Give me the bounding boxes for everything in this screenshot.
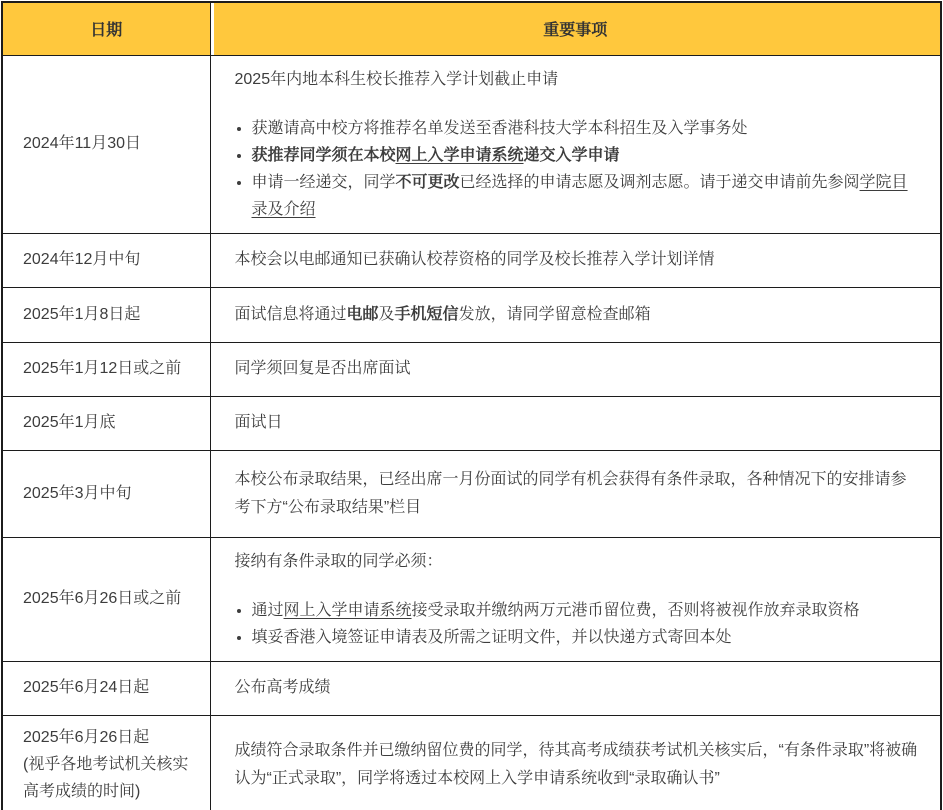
row-text: 面试日 — [235, 414, 283, 431]
content-cell: 成绩符合录取条件并已缴纳留位费的同学，待其高考成绩获考试机关核实后，“有条件录取… — [210, 715, 941, 810]
bullet-text-bold: 不可更改 — [396, 174, 460, 191]
date-note: (视乎各地考试机关核实高考成绩的时间) — [23, 751, 200, 805]
date-cell: 2025年1月8日起 — [2, 287, 210, 342]
table-row: 2025年6月26日或之前 接纳有条件录取的同学必须： 通过网上入学申请系统接受… — [2, 537, 941, 661]
row-text: 同学须回复是否出席面试 — [235, 360, 411, 377]
bullet-text: 申请一经递交，同学 — [252, 174, 396, 191]
content-cell: 同学须回复是否出席面试 — [210, 342, 941, 396]
row-text-bold: 电邮 — [347, 306, 379, 323]
bullet-text: 接受录取并缴纳两万元港币留位费，否则将被视作放弃录取资格 — [412, 602, 860, 619]
bullet-list: 通过网上入学申请系统接受录取并缴纳两万元港币留位费，否则将被视作放弃录取资格 填… — [235, 597, 921, 651]
list-item: 申请一经递交，同学不可更改已经选择的申请志愿及调剂志愿。请于递交申请前先参阅学院… — [252, 169, 921, 223]
date-cell: 2025年1月底 — [2, 396, 210, 450]
admission-schedule-table: 日期 重要事项 2024年11月30日 2025年内地本科生校长推荐入学计划截止… — [1, 1, 942, 810]
content-cell: 面试信息将通过电邮及手机短信发放，请同学留意检查邮箱 — [210, 287, 941, 342]
list-item: 填妥香港入境签证申请表及所需之证明文件，并以快递方式寄回本处 — [252, 624, 921, 651]
table-row: 2024年12月中旬 本校会以电邮通知已获确认校荐资格的同学及校长推荐入学计划详… — [2, 233, 941, 287]
date-line: 2025年6月26日起 — [23, 724, 200, 751]
table-row: 2025年3月中旬 本校公布录取结果，已经出席一月份面试的同学有机会获得有条件录… — [2, 450, 941, 537]
content-cell: 公布高考成绩 — [210, 661, 941, 715]
header-row: 日期 重要事项 — [2, 2, 941, 55]
table-row: 2025年6月26日起 (视乎各地考试机关核实高考成绩的时间) 成绩符合录取条件… — [2, 715, 941, 810]
table-row: 2025年6月24日起 公布高考成绩 — [2, 661, 941, 715]
date-cell: 2025年6月26日或之前 — [2, 537, 210, 661]
row-intro: 2025年内地本科生校长推荐入学计划截止申请 — [235, 66, 921, 93]
list-item: 获推荐同学须在本校网上入学申请系统递交入学申请 — [252, 142, 921, 169]
online-application-system-link[interactable]: 网上入学申请系统 — [396, 147, 524, 164]
online-application-system-link[interactable]: 网上入学申请系统 — [284, 602, 412, 619]
date-cell: 2024年11月30日 — [2, 55, 210, 233]
row-text: 面试信息将通过 — [235, 306, 347, 323]
bullet-text: 获推荐同学须在本校 — [252, 147, 396, 164]
date-cell: 2024年12月中旬 — [2, 233, 210, 287]
bullet-text: 通过 — [252, 602, 284, 619]
date-cell: 2025年6月26日起 (视乎各地考试机关核实高考成绩的时间) — [2, 715, 210, 810]
content-cell: 接纳有条件录取的同学必须： 通过网上入学申请系统接受录取并缴纳两万元港币留位费，… — [210, 537, 941, 661]
content-cell: 面试日 — [210, 396, 941, 450]
table-row: 2025年1月8日起 面试信息将通过电邮及手机短信发放，请同学留意检查邮箱 — [2, 287, 941, 342]
content-cell: 2025年内地本科生校长推荐入学计划截止申请 获邀请高中校方将推荐名单发送至香港… — [210, 55, 941, 233]
bullet-text: 获邀请高中校方将推荐名单发送至香港科技大学本科招生及入学事务处 — [252, 120, 748, 137]
row-text: 成绩符合录取条件并已缴纳留位费的同学，待其高考成绩获考试机关核实后，“有条件录取… — [235, 742, 918, 787]
table-row: 2025年1月12日或之前 同学须回复是否出席面试 — [2, 342, 941, 396]
header-items-cell: 重要事项 — [210, 2, 941, 55]
list-item: 获邀请高中校方将推荐名单发送至香港科技大学本科招生及入学事务处 — [252, 115, 921, 142]
bullet-text: 已经选择的申请志愿及调剂志愿。请于递交申请前先参阅 — [460, 174, 860, 191]
header-date-cell: 日期 — [2, 2, 210, 55]
row-text: 及 — [379, 306, 395, 323]
row-text: 公布高考成绩 — [235, 679, 331, 696]
bullet-list: 获邀请高中校方将推荐名单发送至香港科技大学本科招生及入学事务处 获推荐同学须在本… — [235, 115, 921, 223]
bullet-text: 递交入学申请 — [524, 147, 620, 164]
date-cell: 2025年6月24日起 — [2, 661, 210, 715]
date-cell: 2025年1月12日或之前 — [2, 342, 210, 396]
row-text: 发放，请同学留意检查邮箱 — [459, 306, 651, 323]
row-intro: 接纳有条件录取的同学必须： — [235, 548, 921, 575]
bullet-text: 填妥香港入境签证申请表及所需之证明文件，并以快递方式寄回本处 — [252, 629, 732, 646]
row-text: 本校公布录取结果，已经出席一月份面试的同学有机会获得有条件录取，各种情况下的安排… — [235, 471, 907, 516]
date-cell: 2025年3月中旬 — [2, 450, 210, 537]
table-row: 2024年11月30日 2025年内地本科生校长推荐入学计划截止申请 获邀请高中… — [2, 55, 941, 233]
table-row: 2025年1月底 面试日 — [2, 396, 941, 450]
row-text-bold: 手机短信 — [395, 306, 459, 323]
content-cell: 本校会以电邮通知已获确认校荐资格的同学及校长推荐入学计划详情 — [210, 233, 941, 287]
list-item: 通过网上入学申请系统接受录取并缴纳两万元港币留位费，否则将被视作放弃录取资格 — [252, 597, 921, 624]
content-cell: 本校公布录取结果，已经出席一月份面试的同学有机会获得有条件录取，各种情况下的安排… — [210, 450, 941, 537]
row-text: 本校会以电邮通知已获确认校荐资格的同学及校长推荐入学计划详情 — [235, 251, 715, 268]
